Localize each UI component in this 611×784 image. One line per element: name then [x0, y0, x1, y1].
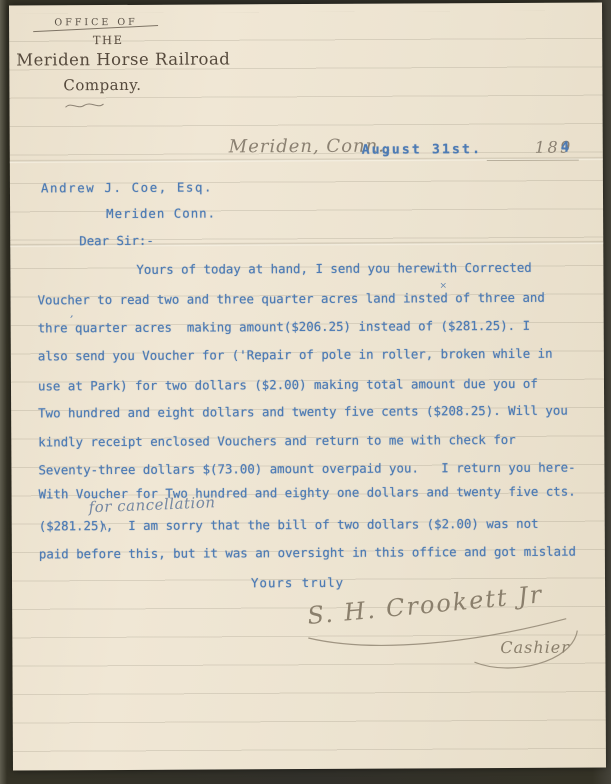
body-line: kindly receipt enclosed Vouchers and ret…: [38, 432, 516, 449]
recipient-address: Meriden Conn.: [106, 205, 216, 221]
body-line: Yours of today at hand, I send you herew…: [37, 260, 531, 278]
signature-title: Cashier: [500, 638, 570, 657]
dateline-typed-year-digit: 4: [561, 140, 570, 156]
signature-name: S. H. Crookett Jr: [306, 580, 544, 630]
photo-background: OFFICE OF THE Meriden Horse Railroad Com…: [0, 0, 611, 784]
dateline: Meriden, Conn., August 31st. 189 4: [9, 2, 602, 5]
body-line: Two hundred and eight dollars and twenty…: [38, 403, 568, 421]
letterhead-flourish-icon: [63, 100, 105, 112]
insertion-caret-icon: ∧: [100, 520, 108, 533]
salutation: Dear Sir:-: [79, 233, 154, 248]
office-of-label: OFFICE OF: [21, 17, 171, 29]
body-line: Voucher to read two and three quarter ac…: [38, 290, 545, 308]
handwritten-insertion: for cancellation: [88, 493, 215, 516]
body-line: use at Park) for two dollars ($2.00) mak…: [38, 376, 538, 394]
body-line: ($281.25), I am sorry that the bill of t…: [39, 516, 539, 534]
letterhead: OFFICE OF THE Meriden Horse Railroad Com…: [9, 2, 602, 5]
recipient-name: Andrew J. Coe, Esq.: [41, 179, 213, 195]
company-name: Meriden Horse Railroad: [13, 49, 233, 69]
the-label: THE: [33, 33, 183, 48]
correction-mark: ×: [439, 281, 447, 291]
signature-block: S. H. Crookett Jr Cashier: [294, 576, 600, 683]
body-line: Seventy-three dollars $(73.00) amount ov…: [38, 460, 575, 478]
letter-paper: OFFICE OF THE Meriden Horse Railroad Com…: [9, 2, 606, 770]
dateline-year-underline: [487, 160, 579, 161]
body-line: paid before this, but it was an oversigh…: [39, 544, 576, 562]
dateline-typed-date: August 31st.: [362, 142, 482, 158]
body-line: also send you Voucher for ('Repair of po…: [38, 346, 553, 364]
body-line: thre quarter acres making amount($206.25…: [38, 318, 530, 336]
company-word: Company.: [27, 76, 177, 95]
